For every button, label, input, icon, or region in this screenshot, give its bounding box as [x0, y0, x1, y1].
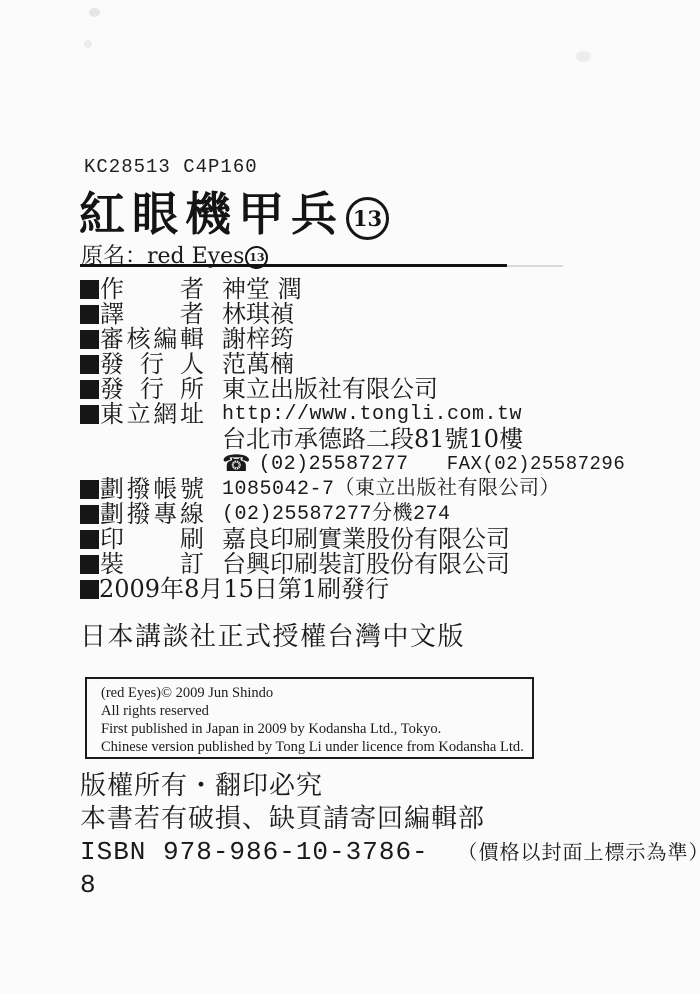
- table-row-printer: 印刷 嘉良印刷實業股份有限公司: [80, 527, 640, 552]
- row-label: 發行所: [100, 377, 204, 402]
- bullet-square: [80, 280, 99, 299]
- tel-number: (02)25587277: [259, 452, 409, 477]
- row-value: 神堂 潤: [222, 277, 302, 302]
- row-label: 作者: [100, 277, 204, 302]
- bullet-square: [80, 480, 99, 499]
- copyright-box: (red Eyes)© 2009 Jun Shindo All rights r…: [85, 677, 534, 759]
- row-value: 東立出版社有限公司: [222, 377, 438, 402]
- table-row-publisher-company: 發行所 東立出版社有限公司: [80, 377, 640, 402]
- scan-speck: [84, 40, 92, 48]
- divider-rule-tail: [507, 265, 563, 267]
- row-value: 台興印刷裝訂股份有限公司: [222, 552, 510, 577]
- table-row-postal-hotline: 劃撥專線 (02)25587277分機274: [80, 502, 640, 527]
- row-label: 印刷: [100, 527, 204, 552]
- table-row-translator: 譯者 林琪禎: [80, 302, 640, 327]
- table-row-phone: ☎ (02)25587277 FAX(02)25587296: [80, 452, 640, 477]
- row-value: 范萬楠: [222, 352, 294, 377]
- divider-rule: [80, 264, 507, 267]
- bullet-square: [80, 530, 99, 549]
- table-row-publisher-person: 發行人 范萬楠: [80, 352, 640, 377]
- address-line: 台北市承德路二段81號10樓: [222, 427, 523, 452]
- row-label: 裝訂: [100, 552, 204, 577]
- scan-speck: [576, 51, 591, 62]
- damage-notice-line: 本書若有破損、缺頁請寄回編輯部: [80, 803, 700, 836]
- row-label: 譯者: [100, 302, 204, 327]
- row-value: 1085042-7（東立出版社有限公司）: [222, 477, 560, 502]
- book-title: 紅眼機甲兵13: [79, 178, 389, 244]
- copyright-line-3: First published in Japan in 2009 by Koda…: [101, 720, 518, 738]
- licence-line: 日本講談社正式授權台灣中文版: [80, 616, 465, 653]
- copyright-line-4: Chinese version published by Tong Li und…: [101, 738, 518, 756]
- copyright-line-2: All rights reserved: [101, 702, 518, 720]
- rights-line: 版權所有・翻印必究: [80, 770, 700, 803]
- colophon-table: 作者 神堂 潤 譯者 林琪禎 審核編輯 謝梓筠 發行人 范萬楠 發行所 東立出版…: [80, 277, 640, 602]
- row-value: 林琪禎: [222, 302, 294, 327]
- table-row-address: 台北市承德路二段81號10樓: [80, 427, 640, 452]
- table-row-first-print: 2009年8月15日第1刷發行: [80, 577, 640, 602]
- row-value: (02)25587277分機274: [222, 502, 451, 527]
- row-value: 謝梓筠: [222, 327, 294, 352]
- row-label: 劃撥專線: [100, 502, 204, 527]
- isbn-number: ISBN 978-986-10-3786-8: [80, 836, 432, 902]
- bullet-square: [80, 355, 99, 374]
- row-label: 發行人: [100, 352, 204, 377]
- bullet-square: [80, 555, 99, 574]
- bullet-square: [80, 305, 99, 324]
- bullet-square: [80, 580, 99, 599]
- bullet-square: [80, 505, 99, 524]
- row-value: 嘉良印刷實業股份有限公司: [222, 527, 510, 552]
- website-url: http://www.tongli.com.tw: [222, 402, 522, 427]
- book-title-text: 紅眼機甲兵: [79, 187, 344, 241]
- price-note: （價格以封面上標示為準）: [458, 836, 700, 869]
- table-row-postal-account: 劃撥帳號 1085042-7（東立出版社有限公司）: [80, 477, 640, 502]
- row-label: 東立網址: [100, 402, 204, 427]
- scan-speck: [89, 8, 100, 17]
- telephone-icon: ☎: [222, 452, 251, 477]
- isbn-line: ISBN 978-986-10-3786-8 （價格以封面上標示為準）: [80, 836, 700, 902]
- row-label: 劃撥帳號: [100, 477, 204, 502]
- page-code: KC28513 C4P160: [84, 156, 258, 178]
- volume-badge: 13: [346, 197, 389, 240]
- row-label: 審核編輯: [100, 327, 204, 352]
- bullet-square: [80, 380, 99, 399]
- table-row-website: 東立網址 http://www.tongli.com.tw: [80, 402, 640, 427]
- table-row-binder: 裝訂 台興印刷裝訂股份有限公司: [80, 552, 640, 577]
- table-row-author: 作者 神堂 潤: [80, 277, 640, 302]
- footer-block: 版權所有・翻印必究 本書若有破損、缺頁請寄回編輯部 ISBN 978-986-1…: [80, 770, 700, 902]
- bullet-square: [80, 330, 99, 349]
- fax-number: FAX(02)25587296: [447, 452, 626, 477]
- copyright-line-1: (red Eyes)© 2009 Jun Shindo: [101, 684, 518, 702]
- bullet-square: [80, 405, 99, 424]
- table-row-editor: 審核編輯 謝梓筠: [80, 327, 640, 352]
- first-print-line: 2009年8月15日第1刷發行: [99, 577, 389, 602]
